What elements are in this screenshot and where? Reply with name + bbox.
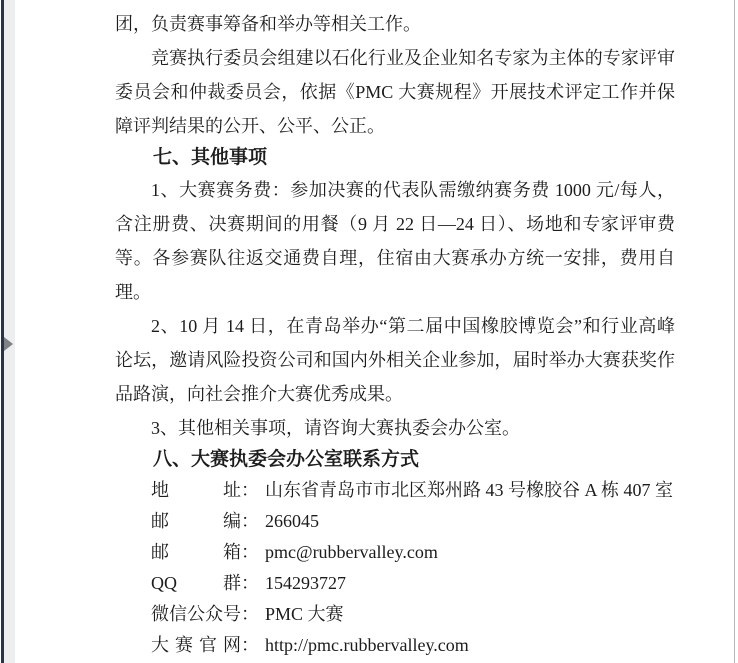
contact-colon: ： (241, 475, 259, 506)
contact-label-postcode: 邮编 (151, 506, 241, 537)
paragraph-item-1: 1、大赛赛务费：参加决赛的代表队需缴纳赛务费 1000 元/每人，含注册费、决赛… (115, 173, 675, 309)
contact-value-website: http://pmc.rubbervalley.com (265, 630, 469, 661)
contact-colon: ： (241, 537, 259, 568)
collapse-arrow-icon[interactable] (4, 337, 13, 351)
contact-value-email: pmc@rubbervalley.com (265, 537, 438, 568)
contact-row-wechat: 微信公众号：PMC 大赛 (151, 599, 675, 630)
contact-colon: ： (241, 568, 259, 599)
contact-colon: ： (241, 599, 259, 630)
contact-row-email: 邮箱：pmc@rubbervalley.com (151, 537, 675, 568)
contact-row-address: 地址：山东省青岛市市北区郑州路 43 号橡胶谷 A 栋 407 室 (151, 475, 675, 506)
paragraph-item-3: 3、其他相关事项，请咨询大赛执委会办公室。 (115, 411, 675, 445)
contact-info-block: 地址：山东省青岛市市北区郑州路 43 号橡胶谷 A 栋 407 室 邮编：266… (151, 475, 675, 661)
contact-label-website: 大赛官网 (151, 630, 241, 661)
contact-label-address: 地址 (151, 475, 241, 506)
contact-colon: ： (241, 506, 259, 537)
document-page: 团，负责赛事筹备和举办等相关工作。 竞赛执行委员会组建以石化行业及企业知名专家为… (15, 0, 734, 663)
contact-value-address: 山东省青岛市市北区郑州路 43 号橡胶谷 A 栋 407 室 (265, 475, 673, 506)
paragraph-continuation: 团，负责赛事筹备和举办等相关工作。 (115, 7, 675, 41)
contact-value-postcode: 266045 (265, 506, 319, 537)
contact-value-qq-group: 154293727 (265, 568, 346, 599)
contact-colon: ： (241, 630, 259, 661)
contact-row-website: 大赛官网：http://pmc.rubbervalley.com (151, 630, 675, 661)
contact-row-postcode: 邮编：266045 (151, 506, 675, 537)
section-heading-eight: 八、大赛执委会办公室联系方式 (115, 445, 675, 475)
contact-row-qq-group: QQ群：154293727 (151, 568, 675, 599)
paragraph-item-2: 2、10 月 14 日，在青岛举办“第二届中国橡胶博览会”和行业高峰论坛，邀请风… (115, 309, 675, 411)
contact-label-wechat: 微信公众号 (151, 599, 241, 630)
section-heading-seven: 七、其他事项 (115, 143, 675, 173)
document-window: 团，负责赛事筹备和举办等相关工作。 竞赛执行委员会组建以石化行业及企业知名专家为… (0, 0, 738, 663)
contact-label-email: 邮箱 (151, 537, 241, 568)
paragraph-committee: 竞赛执行委员会组建以石化行业及企业知名专家为主体的专家评审委员会和仲裁委员会，依… (115, 41, 675, 143)
contact-value-wechat: PMC 大赛 (265, 599, 344, 630)
contact-label-qq-group: QQ群 (151, 568, 241, 599)
left-margin-strip (4, 0, 15, 663)
page-right-border (734, 0, 735, 663)
